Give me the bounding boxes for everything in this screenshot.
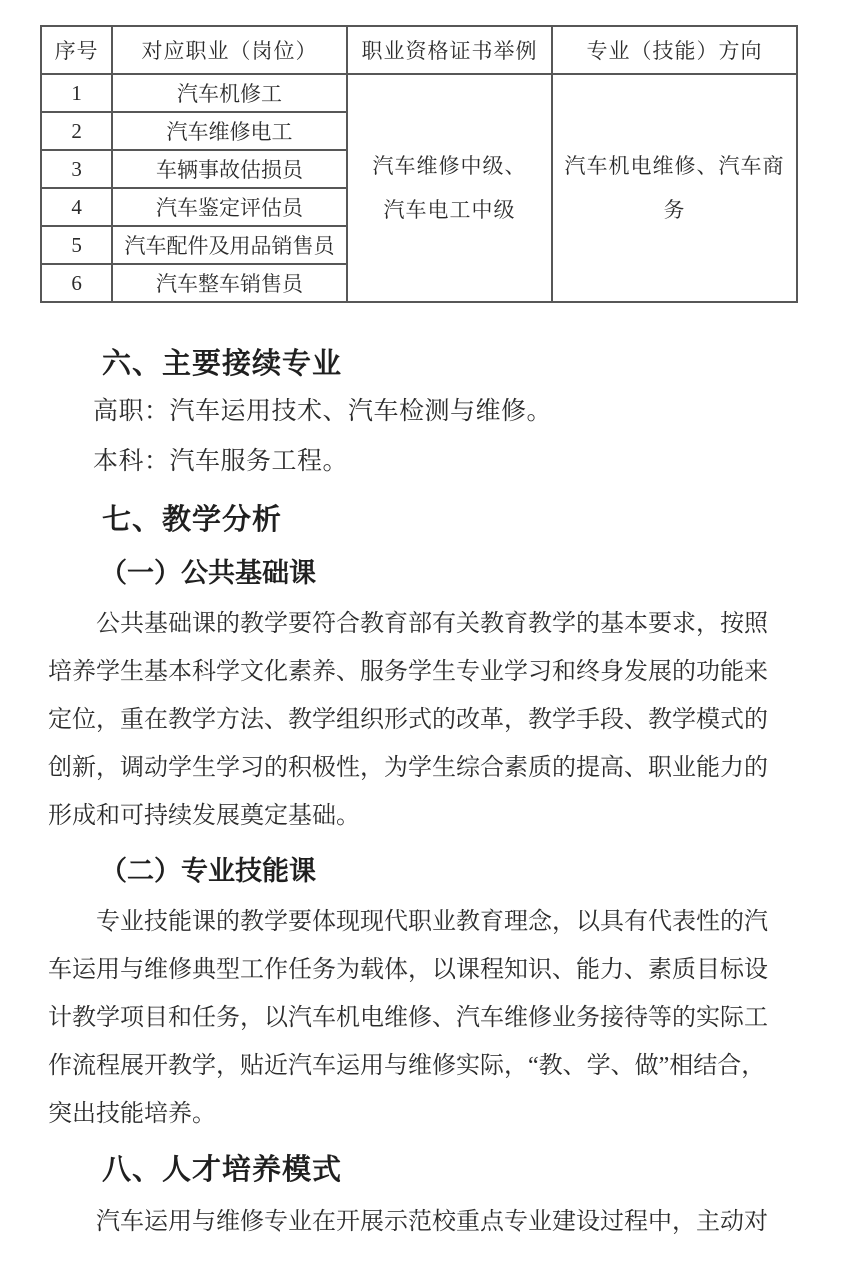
row-number: 1 <box>41 74 112 112</box>
sub1-paragraph: 公共基础课的教学要符合教育部有关教育教学的基本要求，按照 培养学生基本科学文化素… <box>48 600 795 840</box>
header-certificate-examples: 职业资格证书举例 <box>347 26 552 74</box>
row-number: 5 <box>41 226 112 264</box>
row-job: 汽车维修电工 <box>112 112 347 150</box>
sub2-paragraph: 专业技能课的教学要体现现代职业教育理念，以具有代表性的汽 车运用与维修典型工作任… <box>48 898 795 1138</box>
section-8-heading: 八、人才培养模式 <box>102 1154 795 1186</box>
direction-merged-cell: 汽车机电维修、汽车商 务 <box>552 74 797 302</box>
gaozhi-line: 高职：汽车运用技术、汽车检测与维修。 <box>48 398 795 426</box>
row-job: 汽车机修工 <box>112 74 347 112</box>
section-8-paragraph: 汽车运用与维修专业在开展示范校重点专业建设过程中，主动对 <box>48 1198 795 1246</box>
row-job: 汽车整车销售员 <box>112 264 347 302</box>
sub1-heading: （一）公共基础课 <box>100 558 795 588</box>
row-job: 汽车鉴定评估员 <box>112 188 347 226</box>
row-job: 车辆事故估损员 <box>112 150 347 188</box>
section-6-heading: 六、主要接续专业 <box>102 348 795 380</box>
document-page: 序号 对应职业（岗位） 职业资格证书举例 专业（技能）方向 1 汽车机修工 汽车… <box>0 0 842 1274</box>
row-job: 汽车配件及用品销售员 <box>112 226 347 264</box>
header-seq-no: 序号 <box>41 26 112 74</box>
jobs-certificates-table: 序号 对应职业（岗位） 职业资格证书举例 专业（技能）方向 1 汽车机修工 汽车… <box>40 25 798 303</box>
table-row: 1 汽车机修工 汽车维修中级、 汽车电工中级 汽车机电维修、汽车商 务 <box>41 74 797 112</box>
row-number: 4 <box>41 188 112 226</box>
table-header-row: 序号 对应职业（岗位） 职业资格证书举例 专业（技能）方向 <box>41 26 797 74</box>
row-number: 6 <box>41 264 112 302</box>
row-number: 2 <box>41 112 112 150</box>
header-corresponding-jobs: 对应职业（岗位） <box>112 26 347 74</box>
header-skill-direction: 专业（技能）方向 <box>552 26 797 74</box>
benke-line: 本科：汽车服务工程。 <box>48 448 795 476</box>
section-7-heading: 七、教学分析 <box>102 504 795 536</box>
sub2-heading: （二）专业技能课 <box>100 856 795 886</box>
row-number: 3 <box>41 150 112 188</box>
certificate-merged-cell: 汽车维修中级、 汽车电工中级 <box>347 74 552 302</box>
